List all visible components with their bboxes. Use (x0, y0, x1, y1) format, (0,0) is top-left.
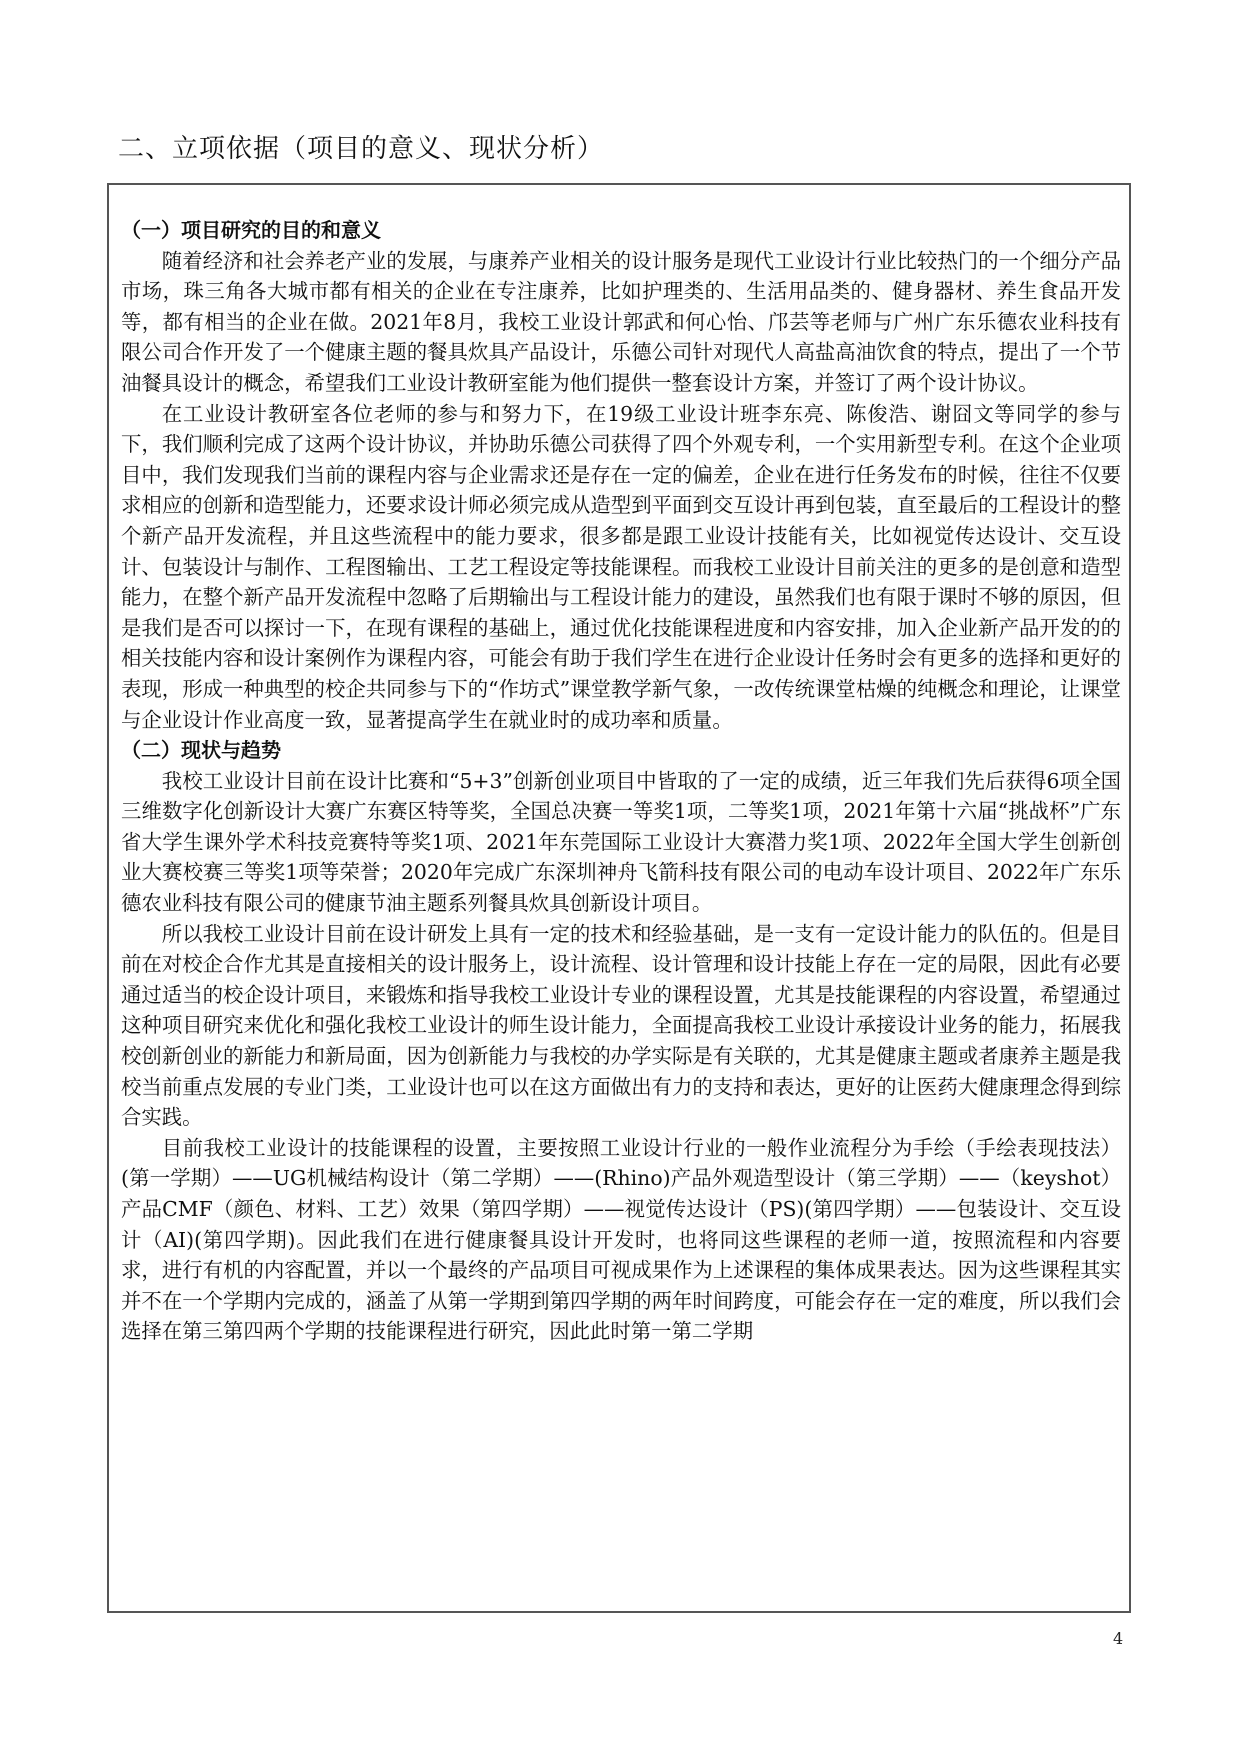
paragraph: 在工业设计教研室各位老师的参与和努力下，在19级工业设计班李东亮、陈俊浩、谢囧文… (121, 399, 1121, 736)
subsection-title-status: （二）现状与趋势 (121, 735, 1121, 766)
paragraph: 我校工业设计目前在设计比赛和“5+3”创新创业项目中皆取的了一定的成绩，近三年我… (121, 766, 1121, 919)
page-number: 4 (1113, 1629, 1123, 1648)
content-body: （一）项目研究的目的和意义 随着经济和社会养老产业的发展，与康养产业相关的设计服… (121, 215, 1121, 1347)
paragraph: 所以我校工业设计目前在设计研发上具有一定的技术和经验基础，是一支有一定设计能力的… (121, 919, 1121, 1133)
paragraph: 目前我校工业设计的技能课程的设置，主要按照工业设计行业的一般作业流程分为手绘（手… (121, 1133, 1121, 1347)
section-heading: 二、立项依据（项目的意义、现状分析） (118, 128, 604, 165)
paragraph: 随着经济和社会养老产业的发展，与康养产业相关的设计服务是现代工业设计行业比较热门… (121, 246, 1121, 399)
content-box: （一）项目研究的目的和意义 随着经济和社会养老产业的发展，与康养产业相关的设计服… (107, 183, 1131, 1613)
subsection-title-purpose: （一）项目研究的目的和意义 (121, 215, 1121, 246)
